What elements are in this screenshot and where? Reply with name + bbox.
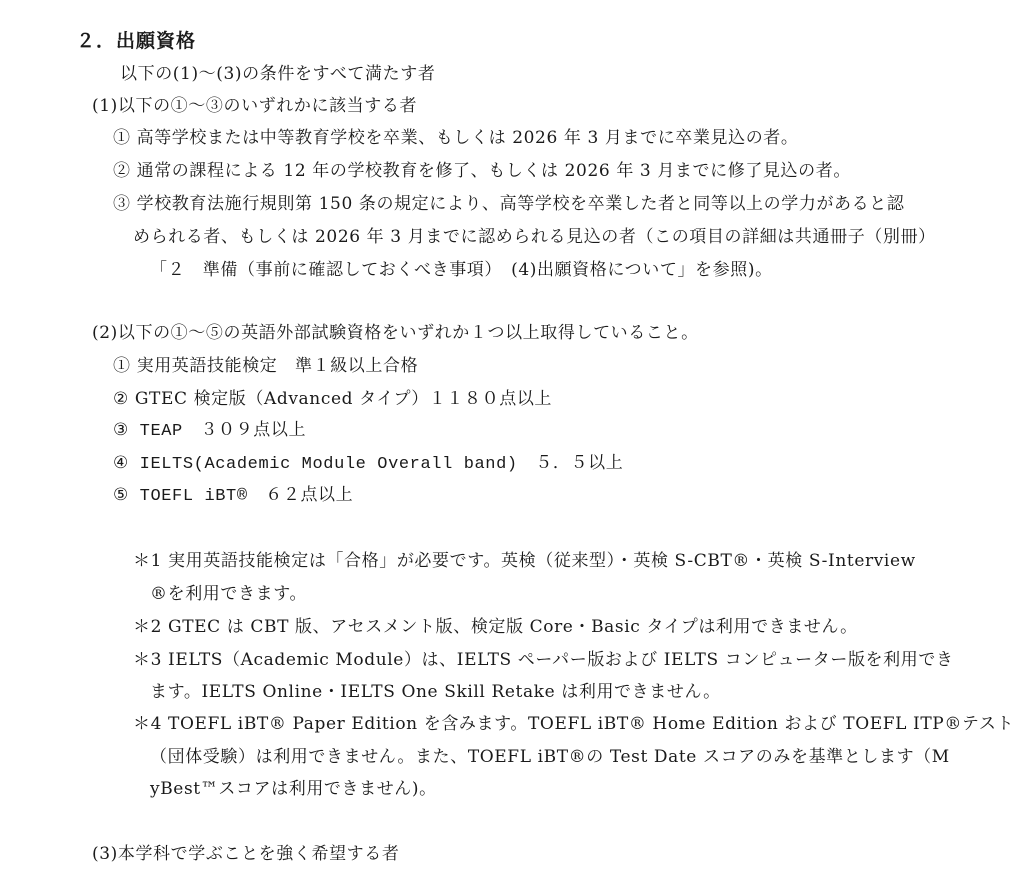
exam-item-toefl: ⑤ TOEFL iBT® ６２点以上	[113, 486, 353, 508]
condition-1-item-3: ③ 学校教育法施行規則第 150 条の規定により、高等学校を卒業した者と同等以上…	[113, 193, 904, 215]
note-1: ＊1 実用英語技能検定は「合格」が必要です。英検（従来型）・英検 S-CBT®・…	[133, 550, 916, 572]
condition-2-title: (2)以下の①～⑤の英語外部試験資格をいずれか１つ以上取得していること。	[92, 322, 699, 344]
note-2: ＊2 GTEC は CBT 版、アセスメント版、検定版 Core・Basic タ…	[133, 616, 858, 638]
condition-1-title: (1)以下の①～③のいずれかに該当する者	[92, 95, 417, 117]
condition-1-item-3-reference: 「２ 準備（事前に確認しておくべき事項） (4)出願資格について」を参照)。	[150, 259, 773, 281]
condition-3-title: (3)本学科で学ぶことを強く希望する者	[92, 843, 399, 865]
condition-1-item-2: ② 通常の課程による 12 年の学校教育を修了、もしくは 2026 年 3 月ま…	[113, 160, 851, 182]
note-3-continued: ます。IELTS Online・IELTS One Skill Retake は…	[150, 681, 721, 703]
condition-1-item-3-continued: められる者、もしくは 2026 年 3 月までに認められる見込の者（この項目の詳…	[133, 226, 936, 248]
exam-item-ielts: ④ IELTS(Academic Module Overall band) ５．…	[113, 454, 623, 476]
note-4: ＊4 TOEFL iBT® Paper Edition を含みます。TOEFL …	[133, 713, 1014, 735]
section-intro: 以下の(1)～(3)の条件をすべて満たす者	[120, 63, 435, 85]
note-1-continued: ®を利用できます。	[150, 583, 307, 605]
section-heading: ２．出願資格	[76, 30, 196, 52]
exam-item-gtec: ② GTEC 検定版（Advanced タイプ）１１８０点以上	[113, 388, 552, 410]
exam-item-eiken: ① 実用英語技能検定 準１級以上合格	[113, 355, 418, 377]
exam-item-teap: ③ TEAP ３０９点以上	[113, 421, 306, 443]
note-4-continued-2: yBest™スコアは利用できません)。	[150, 778, 437, 800]
note-3: ＊3 IELTS（Academic Module）は、IELTS ペーパー版およ…	[133, 649, 954, 671]
condition-1-item-1: ① 高等学校または中等教育学校を卒業、もしくは 2026 年 3 月までに卒業見…	[113, 127, 799, 149]
note-4-continued: （団体受験）は利用できません。また、TOEFL iBT®の Test Date …	[150, 746, 950, 768]
